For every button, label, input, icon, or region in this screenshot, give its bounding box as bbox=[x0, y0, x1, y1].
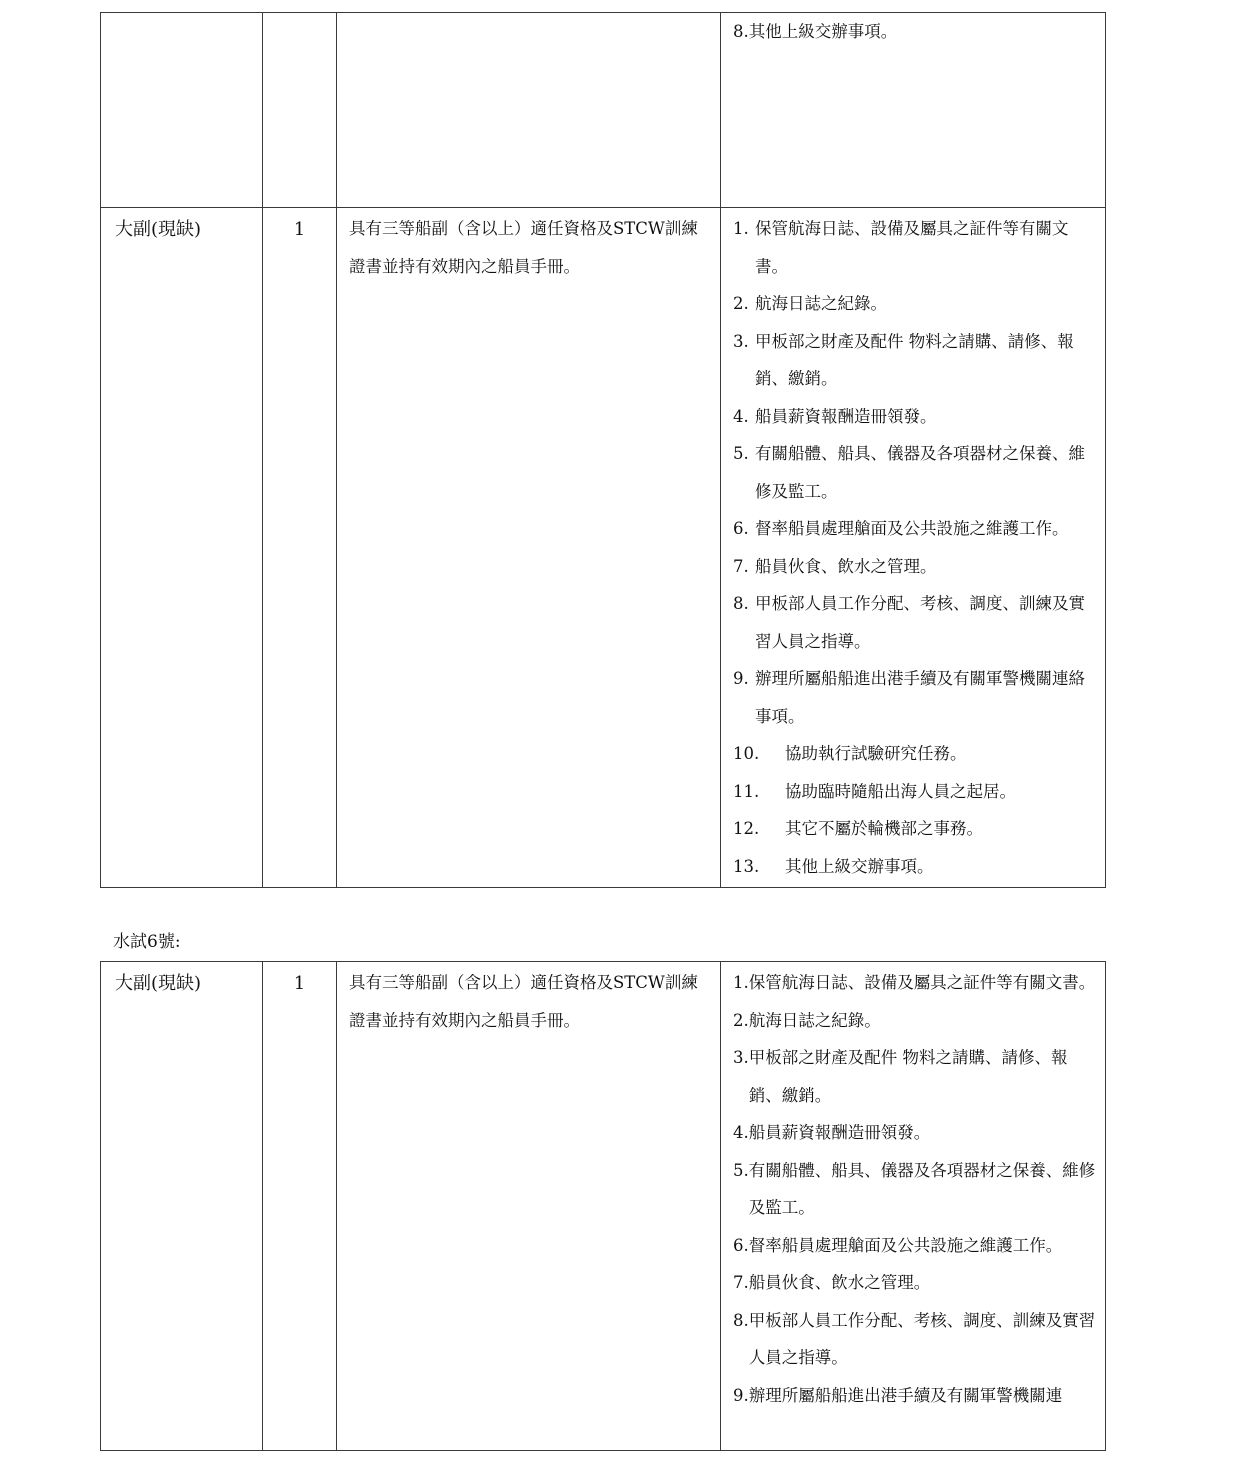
duty-text: 保管航海日誌、設備及屬具之証件等有關文書。 bbox=[749, 964, 1099, 1002]
duty-item: 1.保管航海日誌、設備及屬具之証件等有關文書。 bbox=[733, 210, 1099, 285]
role-cell: 大副(現缺) bbox=[101, 208, 263, 888]
duty-item: 5.有關船體、船具、儀器及各項器材之保養、維修及監工。 bbox=[733, 435, 1099, 510]
staffing-table-1: 8.其他上級交辦事項。 大副(現缺) 1 具有三等船副（含以上）適任資格及STC… bbox=[100, 12, 1106, 888]
duty-number: 13. bbox=[733, 848, 785, 886]
qualification-cell: 具有三等船副（含以上）適任資格及STCW訓練證書並持有效期內之船員手冊。 bbox=[337, 208, 721, 888]
duty-text: 其他上級交辦事項。 bbox=[749, 13, 898, 51]
duties-cell: 1.保管航海日誌、設備及屬具之証件等有關文書。 2.航海日誌之紀錄。 3.甲板部… bbox=[721, 208, 1106, 888]
duty-number: 12. bbox=[733, 810, 785, 848]
duty-text: 協助執行試驗研究任務。 bbox=[785, 735, 1099, 773]
duty-text: 甲板部人員工作分配、考核、調度、訓練及實習人員之指導。 bbox=[749, 1302, 1099, 1377]
duty-number: 10. bbox=[733, 735, 785, 773]
duty-text: 有關船體、船具、儀器及各項器材之保養、維修及監工。 bbox=[749, 1152, 1099, 1227]
duty-text: 有關船體、船具、儀器及各項器材之保養、維修及監工。 bbox=[755, 435, 1099, 510]
table-row: 大副(現缺) 1 具有三等船副（含以上）適任資格及STCW訓練證書並持有效期內之… bbox=[101, 962, 1106, 1451]
duty-item: 10.協助執行試驗研究任務。 bbox=[733, 735, 1099, 773]
duty-text: 其它不屬於輪機部之事務。 bbox=[785, 810, 1099, 848]
duty-item: 6.督率船員處理艙面及公共設施之維護工作。 bbox=[733, 510, 1099, 548]
duty-number: 3. bbox=[733, 1039, 749, 1114]
duty-number: 9. bbox=[733, 660, 755, 735]
duty-text: 督率船員處理艙面及公共設施之維護工作。 bbox=[755, 510, 1099, 548]
duty-number: 1. bbox=[733, 964, 749, 1002]
duty-item: 7.船員伙食、飲水之管理。 bbox=[733, 548, 1099, 586]
duty-item: 8.其他上級交辦事項。 bbox=[733, 13, 1099, 51]
duty-item: 9.辦理所屬船船進出港手續及有關軍警機關連絡事項。 bbox=[733, 660, 1099, 735]
section-caption: 水試6號: bbox=[113, 929, 181, 955]
duty-item: 8.甲板部人員工作分配、考核、調度、訓練及實習人員之指導。 bbox=[733, 585, 1099, 660]
duty-item: 5.有關船體、船具、儀器及各項器材之保養、維修及監工。 bbox=[733, 1152, 1099, 1227]
role-label: 大副(現缺) bbox=[101, 962, 262, 996]
duty-text: 航海日誌之紀錄。 bbox=[749, 1002, 1099, 1040]
role-cell: 大副(現缺) bbox=[101, 962, 263, 1451]
duty-number: 4. bbox=[733, 398, 755, 436]
duty-number: 6. bbox=[733, 1227, 749, 1265]
duty-list: 1.保管航海日誌、設備及屬具之証件等有關文書。 2.航海日誌之紀錄。 3.甲板部… bbox=[721, 962, 1105, 1450]
duty-number: 8. bbox=[733, 585, 755, 660]
duty-item: 3.甲板部之財產及配件 物料之請購、請修、報銷、繳銷。 bbox=[733, 323, 1099, 398]
duty-number: 7. bbox=[733, 548, 755, 586]
duty-text: 甲板部人員工作分配、考核、調度、訓練及實習人員之指導。 bbox=[755, 585, 1099, 660]
count-cell: 1 bbox=[263, 208, 337, 888]
duty-item: 4.船員薪資報酬造冊領發。 bbox=[733, 1114, 1099, 1152]
duty-text: 船員薪資報酬造冊領發。 bbox=[755, 398, 1099, 436]
qualification-text: 具有三等船副（含以上）適任資格及STCW訓練證書並持有效期內之船員手冊。 bbox=[337, 208, 720, 285]
count-cell bbox=[263, 13, 337, 208]
staffing-table-2: 大副(現缺) 1 具有三等船副（含以上）適任資格及STCW訓練證書並持有效期內之… bbox=[100, 961, 1106, 1451]
duty-text: 其他上級交辦事項。 bbox=[785, 848, 1099, 886]
duty-number: 6. bbox=[733, 510, 755, 548]
duty-item: 2.航海日誌之紀錄。 bbox=[733, 1002, 1099, 1040]
qualification-text: 具有三等船副（含以上）適任資格及STCW訓練證書並持有效期內之船員手冊。 bbox=[337, 962, 720, 1039]
duty-number: 9. bbox=[733, 1377, 749, 1415]
duty-text: 督率船員處理艙面及公共設施之維護工作。 bbox=[749, 1227, 1099, 1265]
duty-number: 8. bbox=[733, 13, 749, 51]
duty-number: 5. bbox=[733, 435, 755, 510]
count-cell: 1 bbox=[263, 962, 337, 1451]
duty-text: 航海日誌之紀錄。 bbox=[755, 285, 1099, 323]
role-cell bbox=[101, 13, 263, 208]
qualification-cell bbox=[337, 13, 721, 208]
table-row: 大副(現缺) 1 具有三等船副（含以上）適任資格及STCW訓練證書並持有效期內之… bbox=[101, 208, 1106, 888]
duty-text: 船員伙食、飲水之管理。 bbox=[755, 548, 1099, 586]
duty-item: 2.航海日誌之紀錄。 bbox=[733, 285, 1099, 323]
duty-item: 1.保管航海日誌、設備及屬具之証件等有關文書。 bbox=[733, 964, 1099, 1002]
duty-item: 9.辦理所屬船船進出港手續及有關軍警機關連 bbox=[733, 1377, 1099, 1415]
duty-text: 甲板部之財產及配件 物料之請購、請修、報銷、繳銷。 bbox=[755, 323, 1099, 398]
duty-number: 2. bbox=[733, 1002, 749, 1040]
duties-cell: 1.保管航海日誌、設備及屬具之証件等有關文書。 2.航海日誌之紀錄。 3.甲板部… bbox=[721, 962, 1106, 1451]
duty-item: 4.船員薪資報酬造冊領發。 bbox=[733, 398, 1099, 436]
table-row-continuation: 8.其他上級交辦事項。 bbox=[101, 13, 1106, 208]
duty-number: 4. bbox=[733, 1114, 749, 1152]
duty-number: 5. bbox=[733, 1152, 749, 1227]
duty-text: 辦理所屬船船進出港手續及有關軍警機關連 bbox=[749, 1377, 1099, 1415]
duty-text: 協助臨時隨船出海人員之起居。 bbox=[785, 773, 1099, 811]
duty-text: 保管航海日誌、設備及屬具之証件等有關文書。 bbox=[755, 210, 1099, 285]
duty-item: 12.其它不屬於輪機部之事務。 bbox=[733, 810, 1099, 848]
duty-text: 辦理所屬船船進出港手續及有關軍警機關連絡事項。 bbox=[755, 660, 1099, 735]
duty-item: 8.甲板部人員工作分配、考核、調度、訓練及實習人員之指導。 bbox=[733, 1302, 1099, 1377]
duty-number: 11. bbox=[733, 773, 785, 811]
duty-number: 7. bbox=[733, 1264, 749, 1302]
duties-cell: 8.其他上級交辦事項。 bbox=[721, 13, 1106, 208]
duty-number: 1. bbox=[733, 210, 755, 285]
duty-number: 3. bbox=[733, 323, 755, 398]
duty-text: 船員伙食、飲水之管理。 bbox=[749, 1264, 1099, 1302]
duty-item: 11.協助臨時隨船出海人員之起居。 bbox=[733, 773, 1099, 811]
duty-item: 3.甲板部之財產及配件 物料之請購、請修、報銷、繳銷。 bbox=[733, 1039, 1099, 1114]
duty-list: 1.保管航海日誌、設備及屬具之証件等有關文書。 2.航海日誌之紀錄。 3.甲板部… bbox=[721, 208, 1105, 887]
duty-item: 7.船員伙食、飲水之管理。 bbox=[733, 1264, 1099, 1302]
duty-number: 2. bbox=[733, 285, 755, 323]
duty-item: 13.其他上級交辦事項。 bbox=[733, 848, 1099, 886]
duty-item: 6.督率船員處理艙面及公共設施之維護工作。 bbox=[733, 1227, 1099, 1265]
duty-text: 甲板部之財產及配件 物料之請購、請修、報銷、繳銷。 bbox=[749, 1039, 1099, 1114]
role-label: 大副(現缺) bbox=[101, 208, 262, 242]
headcount: 1 bbox=[263, 962, 336, 996]
duty-number: 8. bbox=[733, 1302, 749, 1377]
headcount: 1 bbox=[263, 208, 336, 242]
qualification-cell: 具有三等船副（含以上）適任資格及STCW訓練證書並持有效期內之船員手冊。 bbox=[337, 962, 721, 1451]
duty-text: 船員薪資報酬造冊領發。 bbox=[749, 1114, 1099, 1152]
